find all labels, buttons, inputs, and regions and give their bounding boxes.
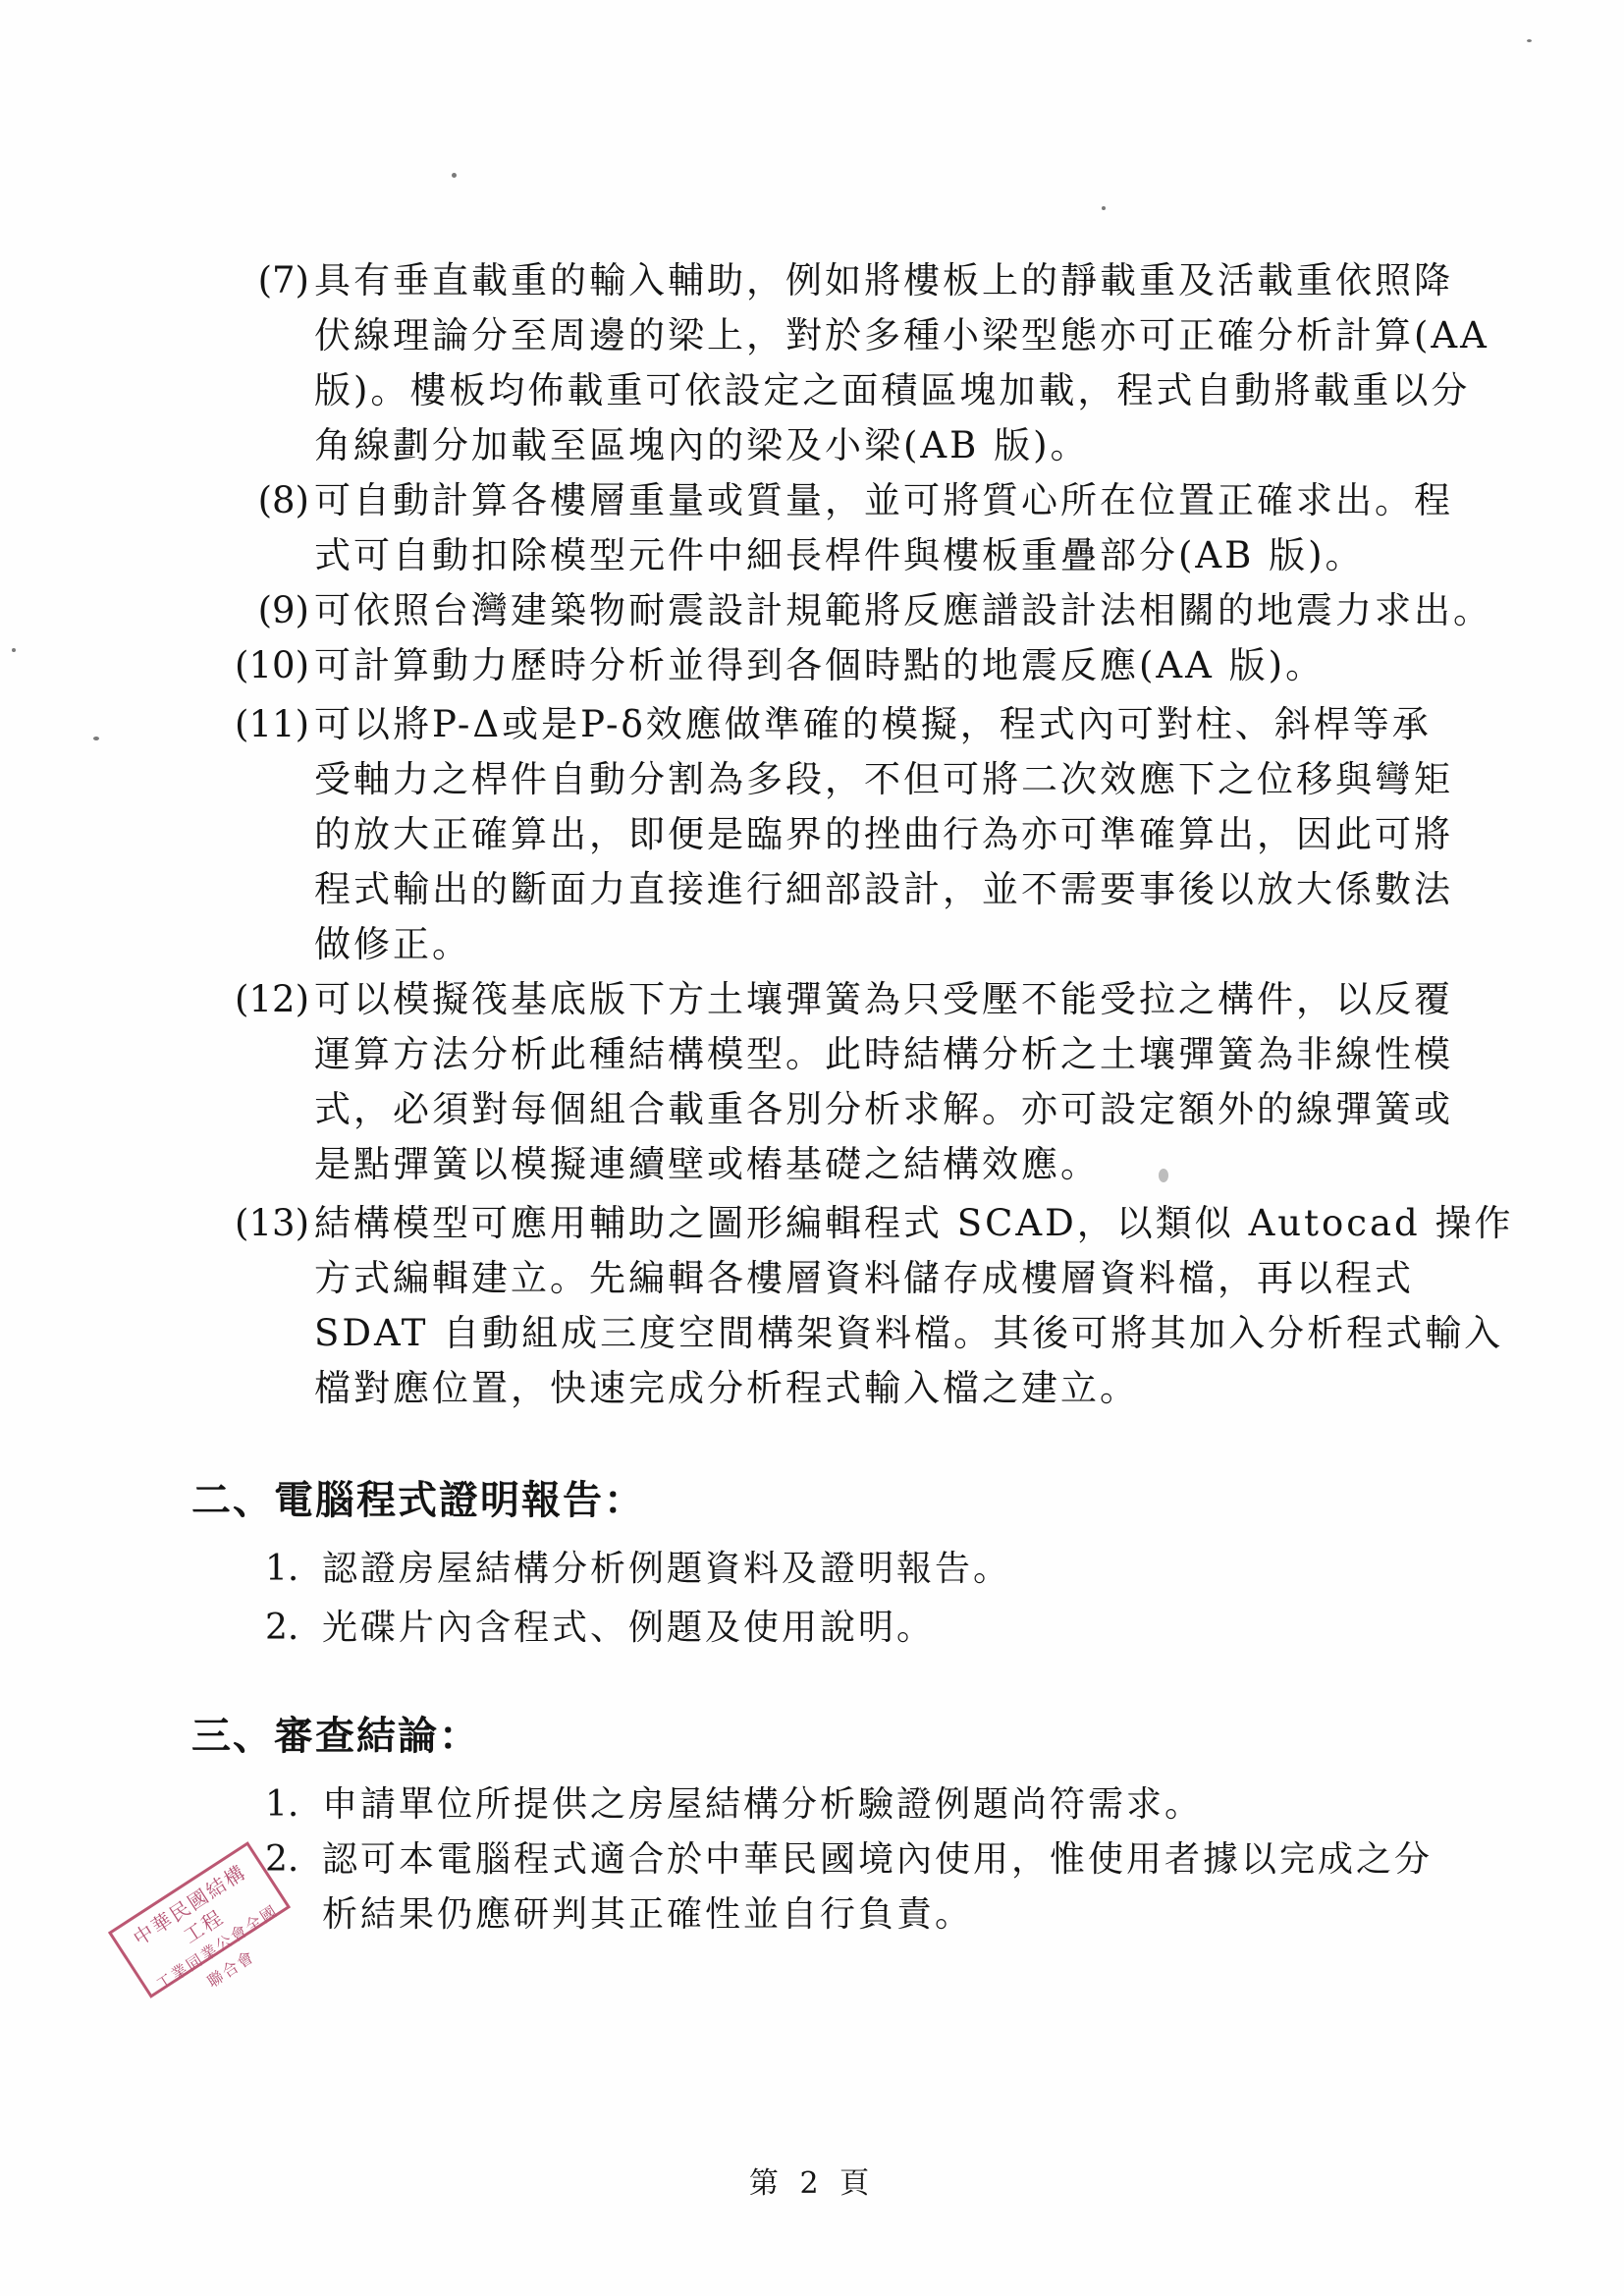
item-line: 做修正。 xyxy=(314,917,1448,972)
item-line: 受軸力之桿件自動分割為多段，不但可將二次效應下之位移與彎矩 xyxy=(314,752,1448,807)
item-line: 伏線理論分至周邊的梁上，對於多種小梁型態亦可正確分析計算(AA xyxy=(314,308,1448,363)
scan-speck xyxy=(93,737,99,740)
section2-item-2: 2.光碟片內含程式、例題及使用說明。 xyxy=(265,1601,935,1656)
item-line: 運算方法分析此種結構模型。此時結構分析之土壤彈簧為非線性模 xyxy=(314,1027,1448,1082)
feature-item-11: (11) 可以將P-Δ或是P-δ效應做準確的模擬，程式內可對柱、斜桿等承 受軸力… xyxy=(231,697,1448,972)
item-line: 可以模擬筏基底版下方土壤彈簧為只受壓不能受拉之構件，以反覆 xyxy=(314,972,1448,1027)
item-line: 可自動計算各樓層重量或質量，並可將質心所在位置正確求出。程 xyxy=(314,473,1448,528)
feature-item-9: (9) 可依照台灣建築物耐震設計規範將反應譜設計法相關的地震力求出。 xyxy=(231,583,1448,638)
feature-item-10: (10) 可計算動力歷時分析並得到各個時點的地震反應(AA 版)。 xyxy=(231,638,1448,693)
item-line: SDAT 自動組成三度空間構架資料檔。其後可將其加入分析程式輸入 xyxy=(314,1306,1448,1361)
list-text: 申請單位所提供之房屋結構分析驗證例題尚符需求。 xyxy=(322,1784,1203,1825)
item-line: 可依照台灣建築物耐震設計規範將反應譜設計法相關的地震力求出。 xyxy=(314,583,1448,638)
scan-speck xyxy=(1102,206,1106,210)
item-number: (12) xyxy=(213,972,309,1027)
item-number: (10) xyxy=(213,638,309,693)
list-text-continuation: 析結果仍應研判其正確性並自行負責。 xyxy=(322,1887,1433,1942)
list-number: 1. xyxy=(265,1542,322,1597)
feature-item-13: (13) 結構模型可應用輔助之圖形編輯程式 SCAD，以類似 Autocad 操… xyxy=(231,1196,1448,1416)
item-line: 式，必須對每個組合載重各別分析求解。亦可設定額外的線彈簧或 xyxy=(314,1082,1448,1137)
list-number: 2. xyxy=(265,1832,322,1887)
item-line: 檔對應位置，快速完成分析程式輸入檔之建立。 xyxy=(314,1361,1448,1416)
item-number: (13) xyxy=(213,1196,309,1251)
scan-speck xyxy=(1159,1169,1168,1182)
section3-item-1: 1.申請單位所提供之房屋結構分析驗證例題尚符需求。 xyxy=(265,1777,1203,1832)
feature-item-8: (8) 可自動計算各樓層重量或質量，並可將質心所在位置正確求出。程 式可自動扣除… xyxy=(231,473,1448,583)
section-heading-review-conclusion: 三、審查結論： xyxy=(191,1709,480,1764)
scan-speck xyxy=(12,648,16,652)
section-heading-program-report: 二、電腦程式證明報告： xyxy=(191,1473,645,1528)
item-line: 角線劃分加載至區塊內的梁及小梁(AB 版)。 xyxy=(314,418,1448,473)
page-number: 第 2 頁 xyxy=(0,2159,1624,2202)
feature-item-12: (12) 可以模擬筏基底版下方土壤彈簧為只受壓不能受拉之構件，以反覆 運算方法分… xyxy=(231,972,1448,1192)
list-text: 光碟片內含程式、例題及使用說明。 xyxy=(322,1608,935,1648)
item-number: (9) xyxy=(231,583,309,638)
section3-item-2: 2.認可本電腦程式適合於中華民國境內使用，惟使用者據以完成之分 析結果仍應研判其… xyxy=(265,1832,1433,1942)
feature-item-7: (7) 具有垂直載重的輸入輔助，例如將樓板上的靜載重及活載重依照降 伏線理論分至… xyxy=(231,253,1448,473)
item-number: (8) xyxy=(231,473,309,528)
item-number: (7) xyxy=(231,253,309,308)
item-number: (11) xyxy=(213,697,309,752)
item-line: 具有垂直載重的輸入輔助，例如將樓板上的靜載重及活載重依照降 xyxy=(314,253,1448,308)
list-number: 1. xyxy=(265,1777,322,1832)
list-text: 認證房屋結構分析例題資料及證明報告。 xyxy=(322,1549,1011,1589)
scan-speck xyxy=(452,173,457,178)
item-line: 方式編輯建立。先編輯各樓層資料儲存成樓層資料檔，再以程式 xyxy=(314,1251,1448,1306)
document-page: (7) 具有垂直載重的輸入輔助，例如將樓板上的靜載重及活載重依照降 伏線理論分至… xyxy=(0,0,1624,2296)
item-line: 程式輸出的斷面力直接進行細部設計，並不需要事後以放大係數法 xyxy=(314,862,1448,917)
list-text: 認可本電腦程式適合於中華民國境內使用，惟使用者據以完成之分 xyxy=(322,1839,1433,1880)
item-line: 結構模型可應用輔助之圖形編輯程式 SCAD，以類似 Autocad 操作 xyxy=(314,1196,1448,1251)
item-line: 版)。樓板均佈載重可依設定之面積區塊加載，程式自動將載重以分 xyxy=(314,363,1448,418)
item-line: 可以將P-Δ或是P-δ效應做準確的模擬，程式內可對柱、斜桿等承 xyxy=(314,697,1448,752)
scan-speck xyxy=(1527,39,1532,42)
item-line: 可計算動力歷時分析並得到各個時點的地震反應(AA 版)。 xyxy=(314,638,1448,693)
section2-item-1: 1.認證房屋結構分析例題資料及證明報告。 xyxy=(265,1542,1011,1597)
item-line: 是點彈簧以模擬連續壁或樁基礎之結構效應。 xyxy=(314,1137,1448,1192)
official-seal-stamp: 中華民國結構工程 工業同業公會全國聯合會 xyxy=(108,1841,291,1998)
item-line: 式可自動扣除模型元件中細長桿件與樓板重疊部分(AB 版)。 xyxy=(314,528,1448,583)
item-line: 的放大正確算出，即便是臨界的挫曲行為亦可準確算出，因此可將 xyxy=(314,807,1448,862)
list-number: 2. xyxy=(265,1601,322,1656)
